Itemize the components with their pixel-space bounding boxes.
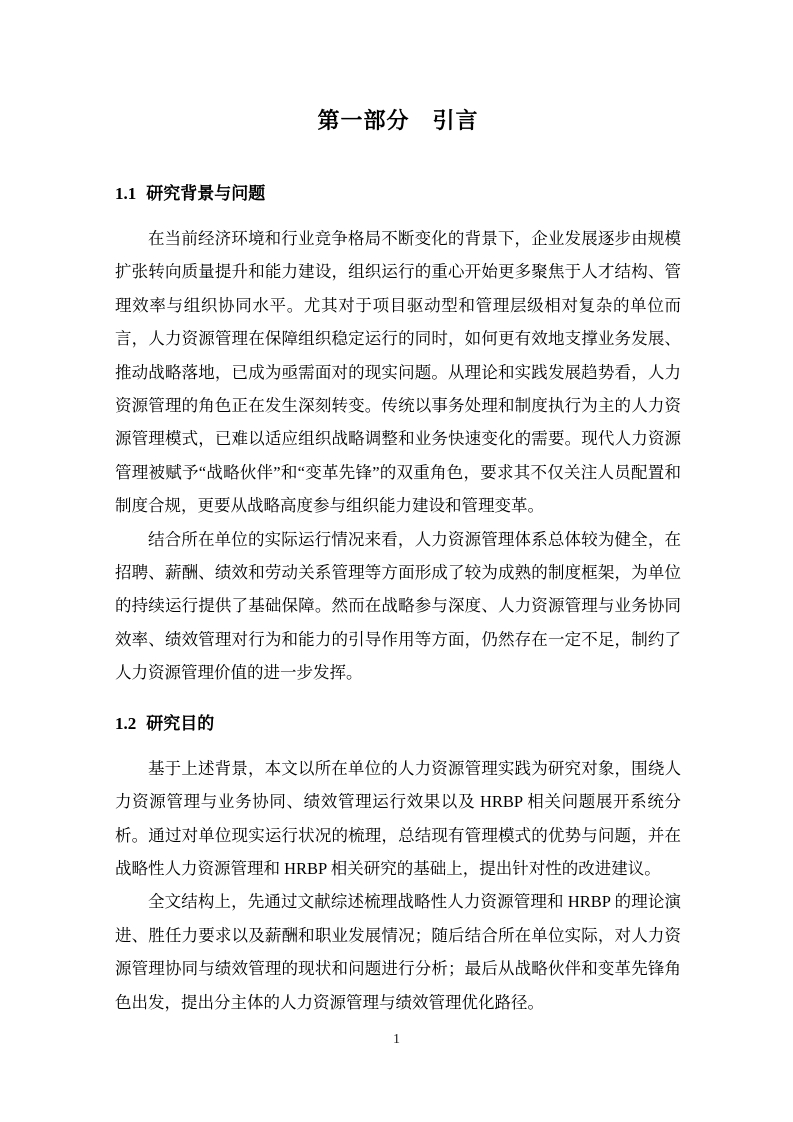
section-number: 1.2 — [115, 714, 136, 733]
body-paragraph: 结合所在单位的实际运行情况来看，人力资源管理体系总体较为健全，在招聘、薪酬、绩效… — [115, 523, 681, 690]
page-number: 1 — [0, 1031, 793, 1049]
section-label: 研究背景与问题 — [146, 184, 265, 203]
section-label: 研究目的 — [146, 714, 214, 733]
section-number: 1.1 — [115, 184, 136, 203]
document-page: 第一部分 引言 1.1研究背景与问题 在当前经济环境和行业竞争格局不断变化的背景… — [0, 0, 793, 1122]
body-paragraph: 全文结构上，先通过文献综述梳理战略性人力资源管理和 HRBP 的理论演进、胜任力… — [115, 885, 681, 1019]
body-paragraph: 基于上述背景，本文以所在单位的人力资源管理实践为研究对象，围绕人力资源管理与业务… — [115, 752, 681, 886]
section-heading-1-1: 1.1研究背景与问题 — [115, 182, 681, 206]
section-heading-1-2: 1.2研究目的 — [115, 712, 681, 736]
body-paragraph: 在当前经济环境和行业竞争格局不断变化的背景下，企业发展逐步由规模扩张转向质量提升… — [115, 222, 681, 523]
page-title: 第一部分 引言 — [115, 106, 681, 136]
